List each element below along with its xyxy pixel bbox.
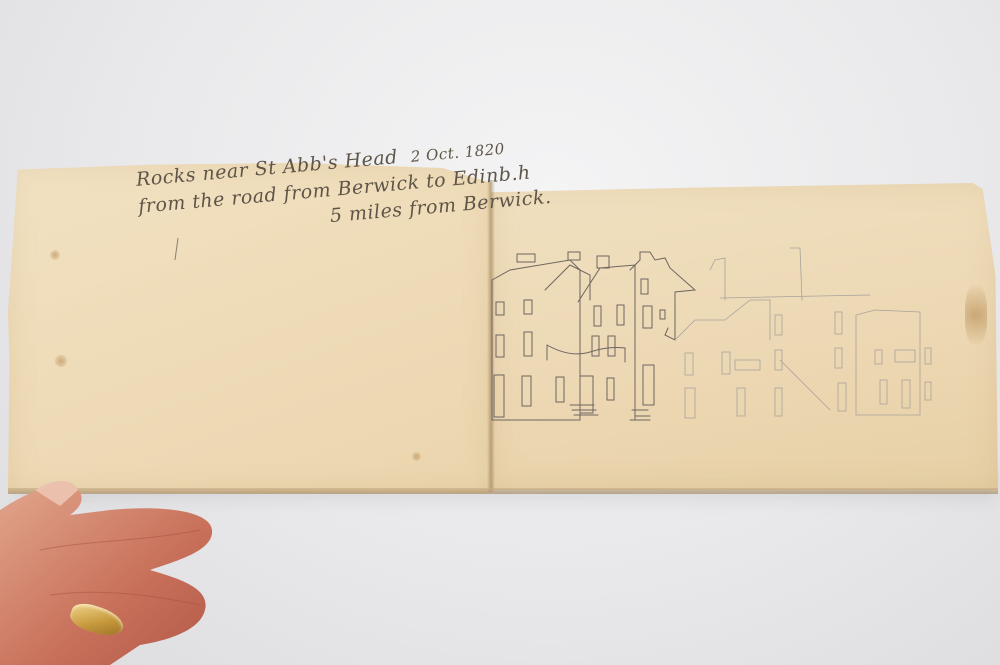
photo-scene: Rocks near St Abb's Head 2 Oct. 1820 fro… bbox=[0, 0, 1000, 665]
foxing-stain bbox=[412, 452, 421, 461]
foxing-stain bbox=[55, 355, 67, 367]
inscription-date: 2 Oct. 1820 bbox=[410, 140, 505, 166]
water-stain bbox=[965, 285, 987, 345]
house-sketch-drawing bbox=[490, 240, 950, 430]
foxing-stain bbox=[50, 250, 60, 260]
hand-holding-book bbox=[0, 470, 230, 665]
